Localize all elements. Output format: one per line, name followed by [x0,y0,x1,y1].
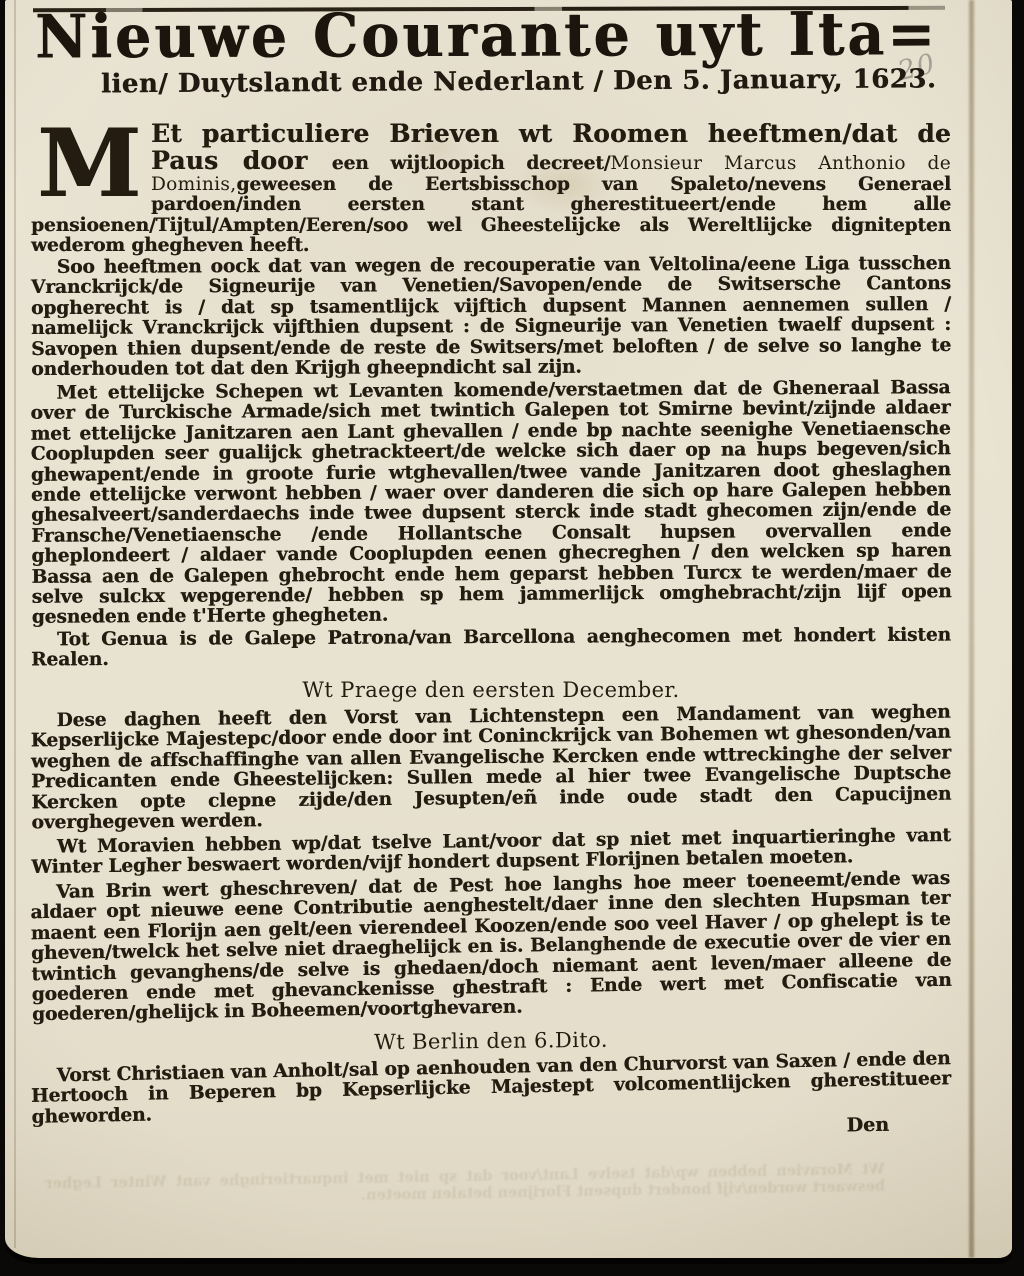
book-gutter [952,0,1012,1258]
paragraph-levant-galleys: Met ettelijcke Schepen wt Levanten komen… [30,378,951,628]
paragraph-genoa-galley: Tot Genua is de Galepe Patrona/van Barce… [31,625,951,671]
masthead-title: Nieuwe Courante uyt Ita= [35,3,947,69]
paragraph-rome-restitution: MEt particuliere Brieven wt Roomen heeft… [31,120,951,256]
show-through-text: Wt Moravien hebben wp/dat tselve Lant/vo… [45,1161,886,1214]
newspaper-page: 20 Nieuwe Courante uyt Ita= lien/ Duytsl… [5,0,1012,1258]
paragraph-text: een wijtloopich decreet/ [332,153,611,174]
paragraph-brno-pest: Van Brin wert gheschreven/ dat de Pest h… [30,869,952,1026]
paragraph-valtellina-league: Soo heeftmen oock dat van wegen de recou… [31,254,952,380]
masthead-subtitle: lien/ Duytslandt ende Nederlant / Den 5.… [45,65,937,99]
article-text-column: MEt particuliere Brieven wt Roomen heeft… [31,120,951,1142]
section-heading-prague: Wt Praege den eersten December. [31,678,951,702]
scan-backdrop: 20 Nieuwe Courante uyt Ita= lien/ Duytsl… [0,0,1024,1276]
left-page-edge [14,0,16,1248]
masthead-block: Nieuwe Courante uyt Ita= lien/ Duytsland… [35,6,947,96]
drop-cap: M [37,123,141,205]
paragraph-prague-mandate: Dese daghen heeft den Vorst van Lichtens… [30,702,951,833]
